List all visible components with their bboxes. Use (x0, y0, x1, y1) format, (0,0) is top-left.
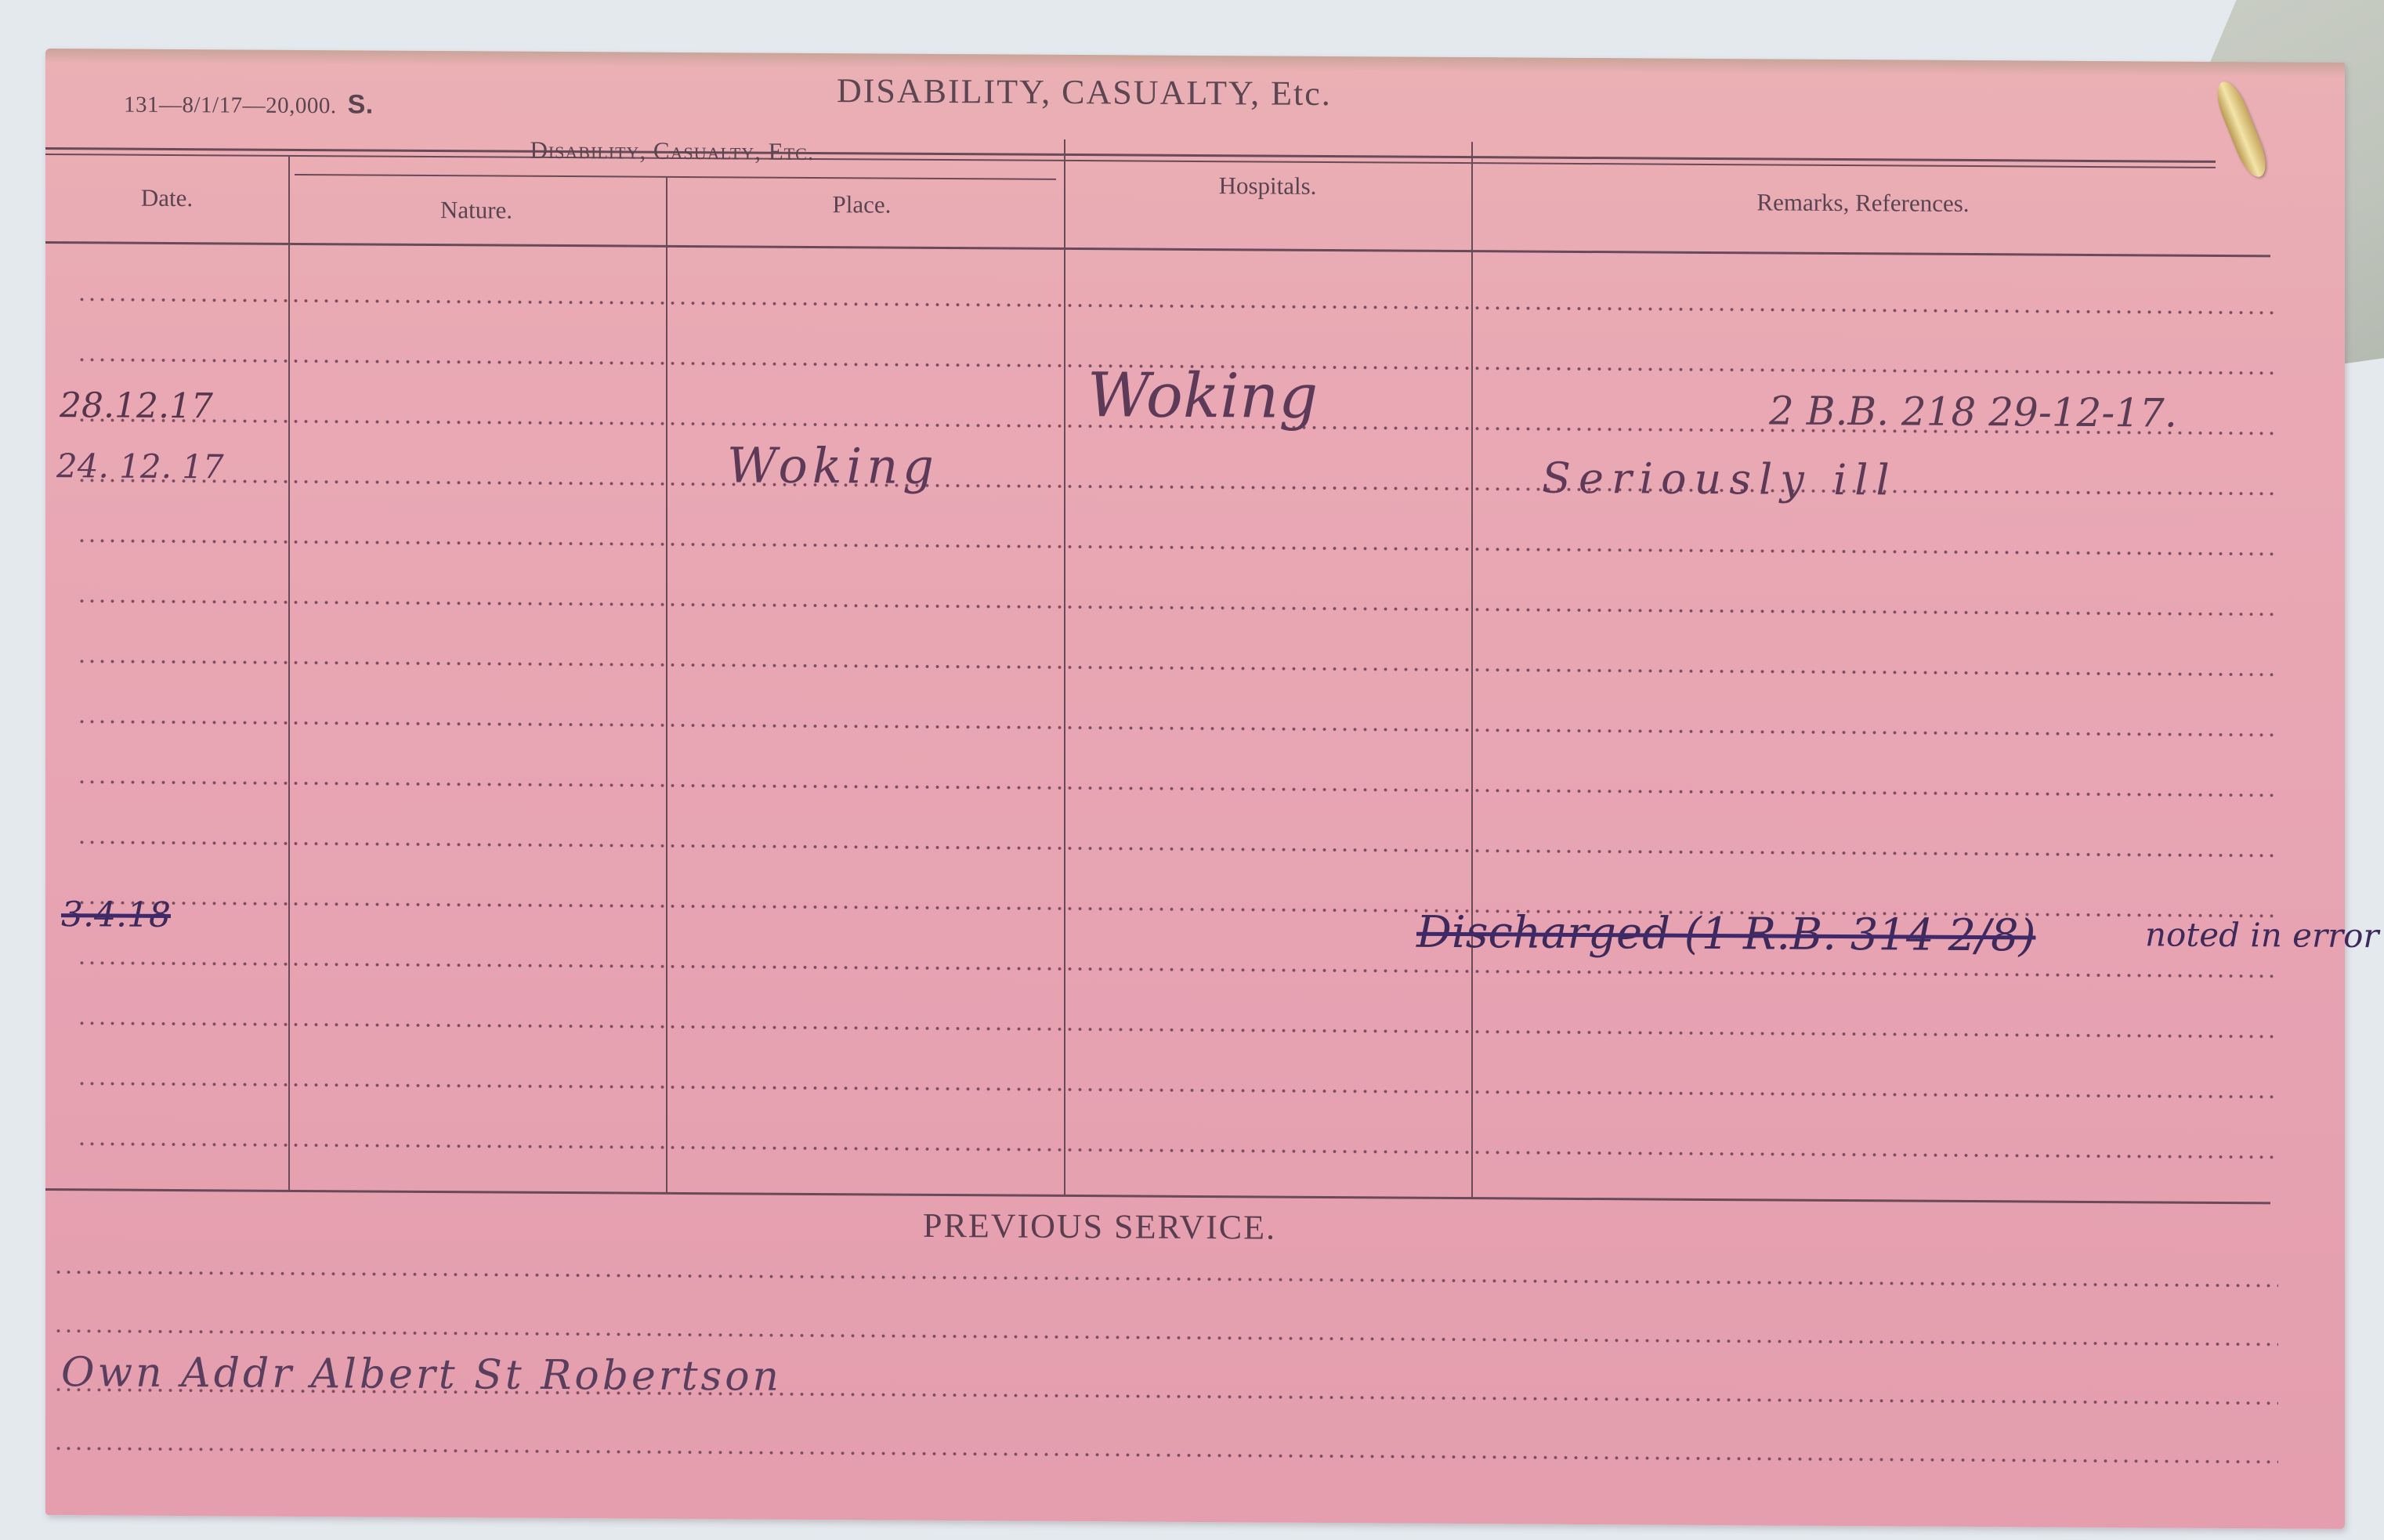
col-sep-nature (666, 178, 667, 1193)
entry-1-date: 28.12.17 (60, 385, 213, 426)
header-group-rule (295, 174, 1056, 180)
entry-3-remarks-struck: Discharged (1 R.B. 314 2/8) (1416, 907, 2035, 962)
card-title: DISABILITY, CASUALTY, Etc. (837, 70, 1332, 114)
header-place: Place. (666, 190, 1058, 220)
entry-2-remarks: Seriously ill (1542, 454, 1897, 505)
header-remarks: Remarks, References. (1471, 186, 2255, 219)
entry-1-remarks: 2 B.B. 218 29-12-17. (1769, 388, 2177, 436)
col-sep-date (288, 157, 290, 1191)
entry-2-place: Woking (727, 436, 939, 495)
entry-3-date-struck: 3.4.18 (61, 895, 171, 935)
entry-3-remarks: noted in error (2145, 915, 2379, 955)
casualty-record-card: 131—8/1/17—20,000.S. DISABILITY, CASUALT… (45, 49, 2345, 1529)
print-code-series: S. (348, 89, 374, 119)
header-disability-group: Disability, Casualty, Etc. (288, 135, 1056, 168)
previous-service-rule (45, 1188, 2270, 1204)
print-code-number: 131—8/1/17—20,000. (124, 92, 337, 119)
header-hospitals: Hospitals. (1064, 171, 1471, 201)
previous-service-note: Own Addr Albert St Robertson (61, 1349, 782, 1401)
print-code: 131—8/1/17—20,000.S. (124, 89, 374, 121)
header-rule-bottom (45, 241, 2270, 257)
previous-service-title: PREVIOUS SERVICE. (923, 1206, 1276, 1248)
entry-1-hospital: Woking (1087, 360, 1318, 432)
header-date: Date. (45, 183, 288, 213)
entry-2-date: 24. 12. 17 (56, 446, 224, 486)
header-nature: Nature. (288, 195, 664, 226)
